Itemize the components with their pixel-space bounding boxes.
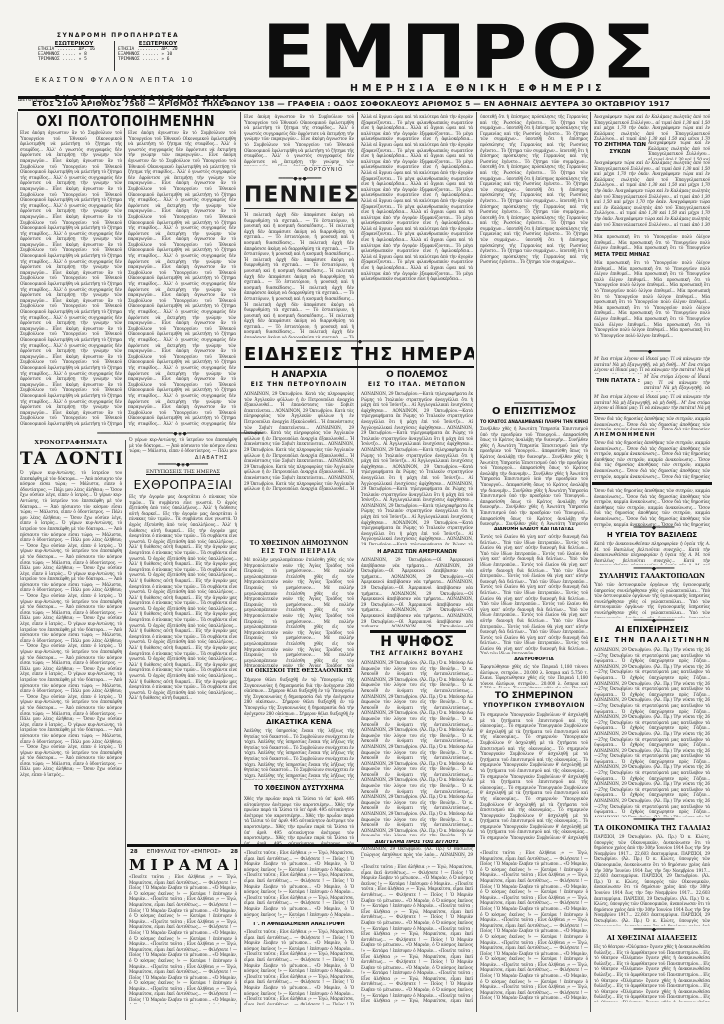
- page-border: [17, 112, 18, 1012]
- headline-king-health: Η ΥΓΕΙΑ ΤΟΥ ΒΑΣΙΛΕΩΣ: [594, 531, 710, 539]
- headline-fig-issue: ΤΟ ΖΗΤΗΜΑ ΤΩΝ ΣΥΚΩΝ: [594, 142, 646, 156]
- article-body-pennies: Ἡ πολιτικὴ ἀρχὴ δὲν ἀπεφάσισε ἀκόμη νὰ δ…: [244, 212, 354, 338]
- headline-cabinet: ΤΟ ΣΗΜΕΡΙΝΟΝ: [480, 691, 588, 701]
- headline-anarchy: Η ΑΝΑΡΧΙΑ: [244, 370, 354, 380]
- newspaper-page: ΣΥΝΔΡΟΜΗ ΠΡΟΠΛΗΡΩΤΕΑ ΕΣΩΤΕΡΙΚΟΥ ΕΤΗΣΙΑ .…: [0, 0, 724, 1024]
- article-body-vote: ΛΟΝΔΙΝΟΝ, 29 Ὀκτωβρίου. (Ἀλ. Πρ.) Ὁ κ. Μ…: [361, 660, 473, 836]
- article-body-potato: Μ' ἕνα στόμα λέγουν αἱ ἰδικαί μας: Τί νὰ…: [644, 374, 710, 392]
- article-body-forgotten: Ὅσον διὰ τὰς δημοσίας ἀποθήκας τῶν σιτηρ…: [594, 440, 710, 480]
- issue-price: ΕΚΑΣΤΟΝ ΦΥΛΛΟΝ ΛΕΠΤΑ 10: [20, 76, 210, 84]
- ornament-divider: ━━━━━◆◈◆━━━━━: [130, 463, 236, 467]
- article-body-three-months: Μία προσωπικὴ ὅτι τὸ Ὑπουργεῖον πολὺ ὀλί…: [594, 234, 710, 250]
- article-body-fig: Ἀναγράφομεν τώρα καὶ ἐν Καλάμαις πωλητὰς…: [648, 140, 710, 160]
- headline-teeth: ΤΑ ΔΟΝΤΙΑ: [20, 449, 122, 469]
- column-rule: [125, 440, 126, 1020]
- rule-thick: [592, 482, 712, 485]
- article-body-oil-potatoes: Ἐντὸς τοῦ ἐλαίου θὰ γίνῃ κατ' αὐτὴν διαν…: [480, 534, 588, 654]
- article-body-serial-end: «Ποιεῖτε ταῦτα ; Εἶνε ἀλήθεια ;» — Ἐγώ, …: [361, 864, 473, 1004]
- article-body-americans: ΛΟΝΔΙΝΟΝ, 29 Ὀκτωβρίου.—Οἱ Ἀμερικανοὶ ἀπ…: [361, 557, 473, 627]
- headline-courts: ΔΙΚΑΣΤΙΚΑ ΚΕΝΑ: [244, 718, 354, 726]
- headline-france-economy: ΤΑ ΟΙΚΟΝΟΜΙΚΑ ΤΗΣ ΓΑΛΛΙΑΣ: [594, 824, 710, 832]
- article-body-provisioning: Συνῆλθεν χθὲς ἡ Ἀνωτάτη Ὑπηρεσία Ἐπισιτι…: [480, 426, 588, 526]
- article-body-courts: Ἀπέλθης τῆς ὑπηρεσίας ἕνεκα τῆς λήξεως τ…: [244, 728, 354, 780]
- headline-stafida: ΟΧΙ ΠΟΛΤΟΠΟΙΗΜΕΝΗΝ ΣΤΑΦΙΔΑ: [36, 112, 220, 130]
- article-body-king-health: Κατὰ τὴν ἀνακοινωθεῖσαν πληροφορίαν ἡ ὑγ…: [594, 541, 710, 565]
- article-body-milkmen: Ὑπὸ τῶν ἀστυνομικῶν ὀργάνων τῆς ὑγειονομ…: [594, 582, 710, 618]
- headline-milkmen: ΣΥΛΛΗΨΙΣ ΓΑΛΑΚΤΟΠΩΛΩΝ: [594, 572, 710, 580]
- subhead-war: ΕΙΣ ΤΟ ΙΤΑΛ. ΜΕΤΩΠΟΝ: [361, 381, 473, 388]
- article-body-flour: Ἐφορτώθησαν χθὲς εἰς τὸν Πειραιᾶ 1,180 τ…: [480, 664, 588, 688]
- headline-war: Ο ΠΟΛΕΜΟΣ: [361, 370, 473, 380]
- headline-palestine: ΑΙ ΕΠΙΧΕΙΡΗΣΕΙΣ: [594, 625, 710, 634]
- article-body-stafida-cont: Εἶνε ἀκόμη ἀγνωστον ἂν τὸ Συμβούλιον τοῦ…: [128, 130, 236, 426]
- serial-number: 28: [230, 849, 238, 855]
- article-body-serial: «Ποιεῖτε ταῦτα ; Εἶνε ἀλήθεια ;» — Ἐγώ, …: [129, 874, 237, 1004]
- byline-stafida: ΦΟΡΤΟΥΝΙΟ: [304, 167, 343, 173]
- headline-americans: Η ΔΡΑΣΙΣ ΤΩΝ ΑΜΕΡΙΚΑΝΩΝ: [361, 549, 473, 555]
- domestic-rate: ΤΡΙΜΗΝΟΣ ..... » 5: [38, 57, 110, 62]
- subhead-piraeus: ΕΙΣ ΤΟΝ ΠΕΙΡΑΙΑ: [244, 548, 354, 555]
- headline-thessaloniki: ΟΙ ΟΙΚΙΣΚΟΙ ΤΗΣ ΘΕΣΣΑΛΟΝΙΚΗΣ: [244, 668, 354, 674]
- ornament-divider: ━━━━━◆━━━━━: [600, 350, 700, 354]
- kicker-teeth: ΧΡΟΝΟΓΡΑΦΗΜΑΤΑ: [20, 440, 122, 446]
- headline-piraeus: ΤΟ ΧΘΕΣΙΝΟΝ ΔΗΜΟΣΥΝΟΝ: [244, 540, 354, 547]
- serial-kicker: 28 ΕΠΙΦΥΛΛΙΣ ΤΟΥ «ΕΜΠΡΟΣ» 28: [130, 849, 238, 855]
- newspaper-title: ΕΜΠΡΟΣ: [262, 16, 659, 90]
- column-rule: [357, 112, 358, 842]
- article-body-potato-intro: Μ' ἕνα στόμα λέγουν αἱ ἰδικαί μας: Τί νὰ…: [594, 356, 710, 374]
- kicker-impressions: ΕΝΤΥΠΩΣΕΙΣ ΤΗΣ ΗΜΕΡΑΣ: [129, 469, 237, 475]
- headline-oil-potatoes: ΔΙΑΝΟΜΗ ΕΛΑΙΟΥ ΚΑΙ ΠΑΤΑΤΑΣ: [480, 527, 588, 532]
- article-body-cabinet: Τὸ σημερινὸν Ὑπουργικὸν Συμβούλιον θ' ἀσ…: [480, 712, 588, 840]
- headline-serial: ΜΙΡΑΜΑΡ: [129, 856, 237, 874]
- headline-three-months: ΜΕΤΑ ΤΡΕΙΣ ΜΗΝΑΣ: [594, 252, 650, 258]
- article-body-col4: Ἀλλὰ αἱ ἄγριαι ὧραι καὶ τὰ καλύτερα ἀπὸ …: [361, 114, 473, 338]
- article-body-potato-cont: Μ' ἕνα στόμα λέγουν αἱ ἰδικαί μας: Τί νὰ…: [594, 394, 710, 410]
- foreign-rate: ΤΡΙΜΗΝΟΣ ...... » 6: [118, 57, 198, 62]
- label-potato: ΤΗΝ ΠΑΤΑΤΑ :: [594, 378, 642, 384]
- headline-accident: ΤΟ ΧΘΕΣΙΝΟΝ ΔΥΣΤΥΧΗΜΑ: [252, 784, 346, 792]
- article-body-accident: Χθὲς τὴν πρωΐαν παρὰ τὰ Ἰλίσια τὸ ὑπ' ἀρ…: [244, 796, 354, 846]
- newspaper-tagline: ΗΜΕΡΗΣΙΑ ΕΘΝΙΚΗ ΕΦΗΜΕΡΙΣ: [350, 83, 606, 94]
- article-body-thessaloniki: Σήμερον θέλει διεξαχθῇ ἐν τῷ Ὑπουργείῳ τ…: [244, 677, 354, 717]
- subscription-box: ΣΥΝΔΡΟΜΗ ΠΡΟΠΛΗΡΩΤΕΑ ΕΣΩΤΕΡΙΚΟΥ ΕΤΗΣΙΑ .…: [38, 32, 198, 71]
- serial-number: 28: [130, 849, 138, 855]
- article-body-fig-cont: Ἀναγράφομεν τώρα καὶ ἐν Καλάμαις πωλητὰς…: [594, 160, 710, 226]
- rule: [594, 413, 710, 414]
- subhead-provisioning: ΤΟ ΚΡΑΤΟΣ ΑΝΑΛΑΜΒΑΝΕΙ ΠΛΗΡΗ ΤΗΝ ΚΙΝΗΣΙΝ: [480, 419, 588, 424]
- article-body-serial-last: «Ποιεῖτε ταῦτα ; Εἶνε ἀλήθεια ;» — Ἐγώ, …: [480, 850, 588, 1000]
- dateline: ΕΤΟΣ 21ον ΑΡΙΘΜΟΣ 7560 — ΑΡΙΘΜΟΣ ΤΗΛΕΦΩΝ…: [32, 99, 670, 108]
- headline-pennies: ΠΕΝΝΙΕΣ: [244, 183, 360, 208]
- subhead-vote: ΤΗΣ ΑΓΓΛΙΚΗΣ ΒΟΥΛΗΣ: [361, 650, 473, 657]
- masthead-rule-bottom: [18, 109, 710, 111]
- section-news-of-day: ΕΙΔΗΣΕΙΣ ΤΗΣ ΗΜΕΡΑΣ: [244, 344, 474, 365]
- rule: [594, 230, 710, 231]
- subhead-cabinet: ΥΠΟΥΡΓΙΚΟΝ ΣΥΜΒΟΥΛΙΟΝ: [480, 702, 588, 709]
- headline-provisioning: Ο ΕΠΙΣΙΤΙΣΜΟΣ: [480, 406, 588, 417]
- ornament-divider: ━━━━━◆━━━━━: [604, 567, 704, 571]
- article-body-three-months-cont: Μία προσωπικὴ ὅτι τὸ Ὑπουργεῖον πολὺ ὀλί…: [594, 260, 710, 350]
- article-body-forgotten-intro: Ὅσον διὰ τὰς δημοσίας ἀποθήκας τῶν σιτηρ…: [594, 416, 710, 430]
- rule: [244, 208, 354, 209]
- ornament-divider: ━━━━━◆━━━━━: [604, 818, 704, 822]
- byline-teeth: ΔΙΑΒΑΤΗΣ: [195, 455, 228, 461]
- ornament-divider: ━━━━━◆━━━━━: [604, 619, 704, 623]
- column-rule: [476, 112, 477, 1012]
- subhead-anarchy: ΕΙΣ ΤΗΝ ΠΕΤΡΟΥΠΟΛΙΝ: [244, 381, 354, 388]
- article-body-fig-intro: Ἀναγράφομεν τώρα καὶ ἐν Καλάμαις πωλητὰς…: [594, 114, 710, 140]
- serial-chapter: Γ'. Η ΑΦΝΙΔΙΑΣΜΕΝΗ ΑΝΑΣΤΡΟΦΗ: [244, 922, 354, 927]
- article-body-france-economy: ΠΑΡΙΣΙΟΙ, 29 Ὀκτωβρίου. (Ἀλ. Πρ.) Ὁ κ. Κ…: [594, 834, 710, 926]
- ornament-divider: ━━━━◆◈◆━━━━: [246, 177, 354, 181]
- article-body-piraeus: Μὲ πολλὴν μεγαλοπρέπειαν ἐτελέσθη χθὲς ε…: [244, 557, 354, 667]
- article-body-lectures: Εἰς τὸ θέατρον «Ὀλύμπια» ἔγινεν χθὲς ἡ ἀ…: [594, 944, 710, 1002]
- label-forgotten: ΛΗΣΜΟΝΗΜΕΝΗ: [594, 432, 656, 438]
- subscription-title: ΣΥΝΔΡΟΜΗ ΠΡΟΠΛΗΡΩΤΕΑ: [38, 32, 198, 39]
- headline-flour: ΑΛΕΥΡΟΦΟΡΤΙΑ: [480, 657, 588, 662]
- serial-rule: [127, 844, 475, 847]
- headline-impressions: ΕΧΘΡΟΠΡΑΞΙΑΙ: [129, 477, 237, 492]
- article-body-war: ΛΟΝΔΙΝΟΝ, 29 Ὀκτωβρίου.—Κατὰ τηλεγραφήμα…: [361, 391, 473, 545]
- serial-kicker-label: ΕΠΙΦΥΛΛΙΣ ΤΟΥ «ΕΜΠΡΟΣ»: [147, 849, 221, 855]
- article-body-serial-cont: «Ποιεῖτε ταῦτα ; Εἶνε ἀλήθεια ;» — Ἐγώ, …: [244, 850, 354, 918]
- article-body-anarchy: ΛΟΝΔΙΝΟΝ, 29 Ὀκτωβρίου. Κατὰ τὰς πληροφο…: [244, 391, 354, 491]
- article-body-forgotten-end: Ὅσον διὰ τὰς δημοσίας ἀποθήκας τῶν σιτηρ…: [594, 488, 710, 528]
- article-body-stafida-end: Εἶνε ἀκόμη ἀγνωστον ἂν τὸ Συμβούλιον τοῦ…: [244, 114, 354, 166]
- article-body-teeth-cont: Ὁ γέρων κυρ-Αντώνης, τὸ ἰατρεῖον του ἐπε…: [129, 437, 237, 453]
- column-rule: [240, 112, 241, 1012]
- article-body-teeth: Ὁ γέρων κυρ-Αντώνης, τὸ ἰατρεῖον του ἐπε…: [20, 470, 122, 1010]
- article-body-palestine: ΛΟΝΔΙΝΟΝ, 29 Ὀκτωβρίου. (Ἀλ. Πρ.) Τὴν νύ…: [594, 647, 710, 817]
- column-rule: [590, 112, 591, 1012]
- rule: [244, 366, 474, 368]
- article-body-stafida: Εἶνε ἀκόμη ἀγνωστον ἂν τὸ Συμβούλιον τοῦ…: [20, 130, 122, 426]
- article-body-col5: ὑποτεθῇ ὅτι ἡ ἐπίσημος πρόσκλησις τῆς Γε…: [480, 114, 588, 404]
- article-body-telegram: ΛΟΝΔΙΝΟΝ, 29 Ὀκτωβρίου. (Ἀλ. Πρ.) Ὁ Βασι…: [361, 846, 473, 858]
- headline-lectures: ΑΙ ΧΘΕΣΙΝΑΙ ΔΙΑΛΕΞΕΙΣ: [594, 934, 710, 942]
- article-body-impressions: Εἰς τὴν ἀγοράν μας ἀναρτᾶται ὁ πίνακας τ…: [129, 494, 237, 840]
- rule-thick: [370, 630, 466, 633]
- subhead-palestine: ΕΙΣ ΤΗΝ ΠΑΛΑΙΣΤΙΝΗΝ: [594, 636, 710, 644]
- column-rule: [124, 128, 125, 428]
- ornament-divider: ━━━━━◆━━━━━: [604, 526, 704, 530]
- article-body-serial-chapter: «Ποιεῖτε ταῦτα ; Εἶνε ἀλήθεια ;» — Ἐγώ, …: [244, 929, 354, 1005]
- headline-vote: Η ΨΗΦΟΣ: [361, 634, 473, 650]
- ornament-divider: ━━━━━◆━━━━━: [604, 928, 704, 932]
